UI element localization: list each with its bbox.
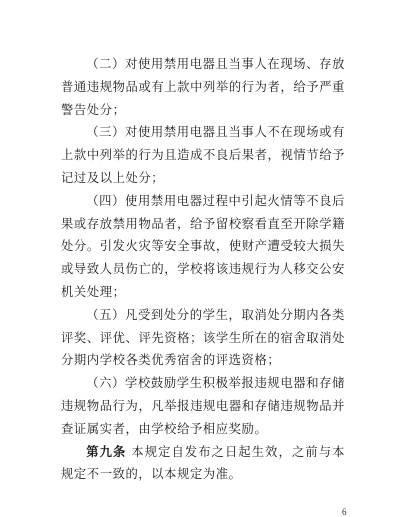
article-label: 第九条 <box>86 444 126 459</box>
paragraph-item-5: （五）凡受到处分的学生，取消处分期内各类评奖、评优、评先资格；该学生所在的宿舍取… <box>61 304 345 372</box>
article-nine: 第九条 本规定自发布之日起生效，之前与本规定不一致的，以本规定为准。 <box>61 441 345 487</box>
paragraph-item-2: （二）对使用禁用电器且当事人在现场、存放普通违规物品或有上款中列举的行为者，给予… <box>61 53 345 121</box>
paragraph-item-4: （四）使用禁用电器过程中引起火情等不良后果或存放禁用物品者，给予留校察看直至开除… <box>61 190 345 304</box>
document-page: （二）对使用禁用电器且当事人在现场、存放普通违规物品或有上款中列举的行为者，给予… <box>61 53 345 486</box>
paragraph-text: （五）凡受到处分的学生，取消处分期内各类评奖、评优、评先资格；该学生所在的宿舍取… <box>61 308 345 368</box>
paragraph-item-3: （三）对使用禁用电器且当事人不在现场或有上款中列举的行为且造成不良后果者，视情节… <box>61 121 345 189</box>
paragraph-text: （二）对使用禁用电器且当事人在现场、存放普通违规物品或有上款中列举的行为者，给予… <box>61 57 345 117</box>
paragraph-text: （四）使用禁用电器过程中引起火情等不良后果或存放禁用物品者，给予留校察看直至开除… <box>61 194 345 299</box>
paragraph-item-6: （六）学校鼓励学生积极举报违规电器和存储违规物品行为，凡举报违规电器和存储违规物… <box>61 372 345 440</box>
paragraph-text: （三）对使用禁用电器且当事人不在现场或有上款中列举的行为且造成不良后果者，视情节… <box>61 125 345 185</box>
paragraph-text: （六）学校鼓励学生积极举报违规电器和存储违规物品行为，凡举报违规电器和存储违规物… <box>61 376 345 436</box>
page-number: 6 <box>342 507 347 517</box>
